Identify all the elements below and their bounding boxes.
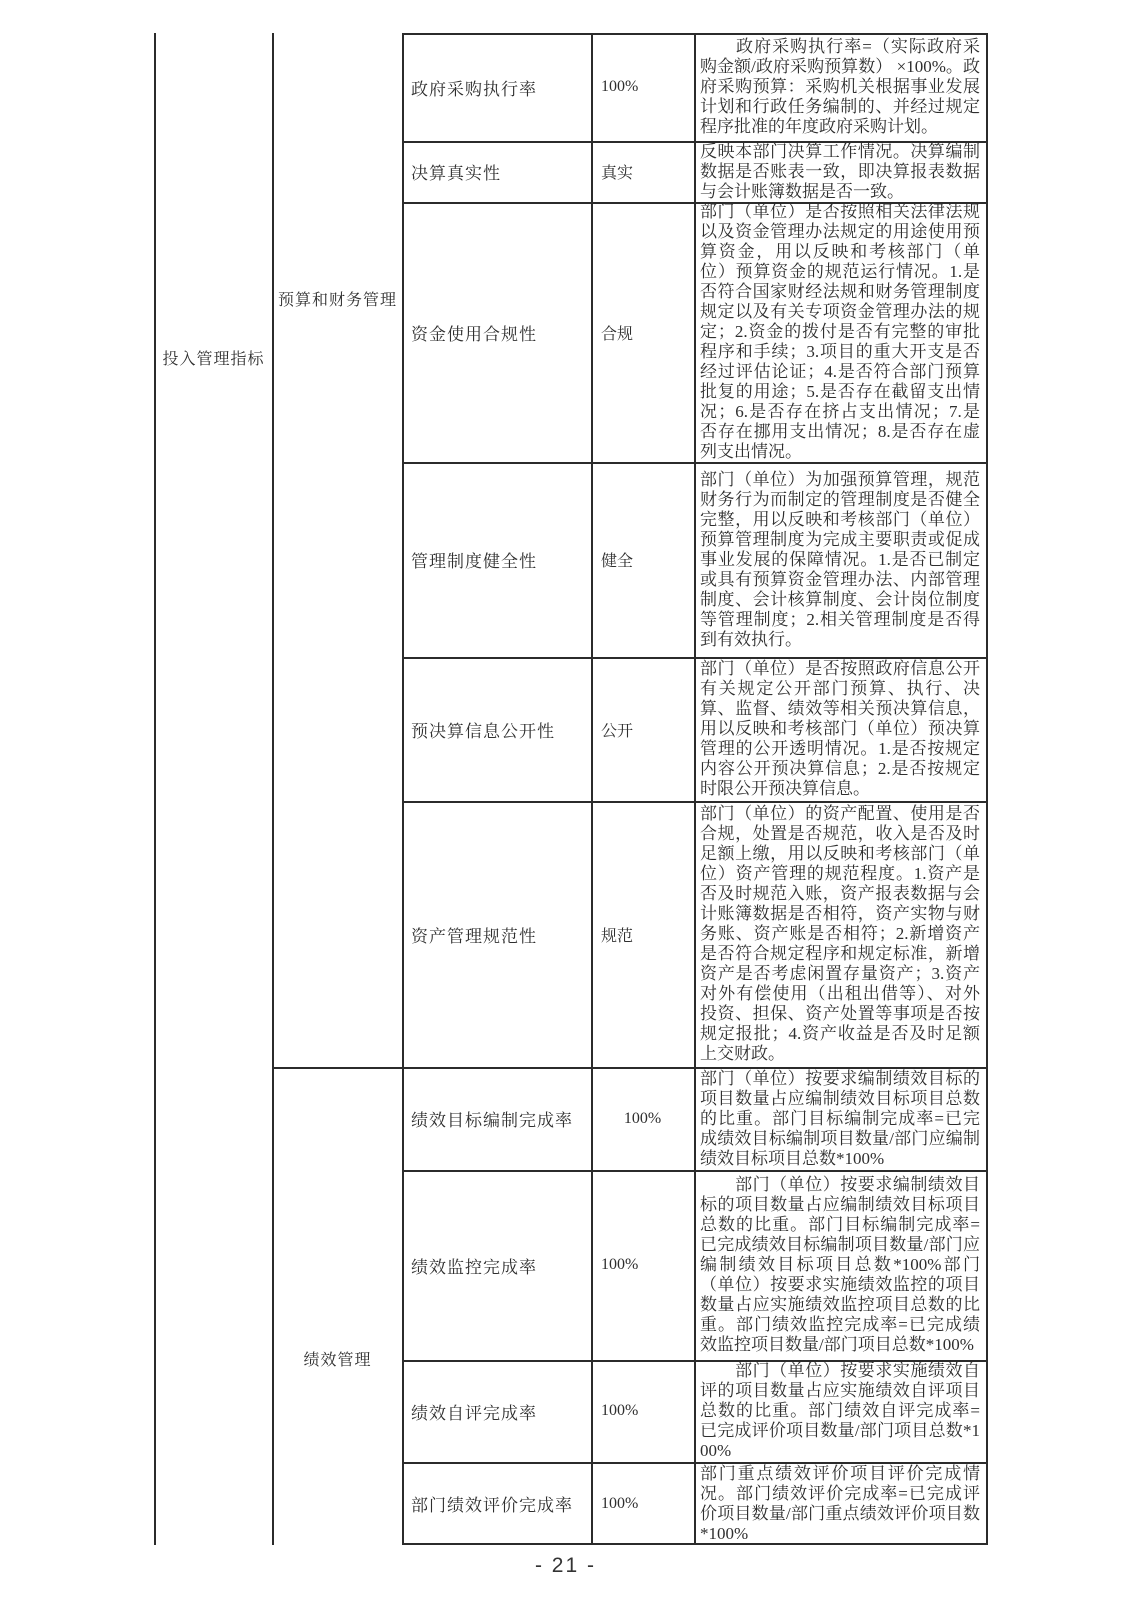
indicator-value: 100%: [591, 1360, 694, 1462]
indicator-description: 部门（单位）按要求编制绩效目标的项目数量占应编制绩效目标项目总数的比重。部门目标…: [694, 1067, 986, 1170]
table-row: 部门绩效评价完成率 100% 部门重点绩效评价项目评价完成情况。部门绩效评价完成…: [0, 1462, 1131, 1545]
table-grid-line-h: [402, 657, 988, 659]
indicator-description: 部门重点绩效评价项目评价完成情况。部门绩效评价完成率=已完成评价项目数量/部门重…: [694, 1462, 986, 1545]
indicator-description-text: 部门（单位）的资产配置、使用是否合规，处置是否规范，收入是否及时足额上缴，用以反…: [700, 804, 980, 1064]
indicator-description: 反映本部门决算工作情况。决算编制数据是否账表一致，即决算报表数据与会计账簿数据是…: [694, 141, 986, 202]
indicator-name: 绩效自评完成率: [402, 1360, 591, 1462]
table-grid-line-v: [591, 33, 593, 1545]
document-page: 投入管理指标 预算和财务管理 绩效管理 政府采购执行率 100% 政府采购执行率…: [0, 0, 1131, 1600]
indicator-name: 绩效监控完成率: [402, 1170, 591, 1360]
table-row: 绩效自评完成率 100% 部门（单位）按要求实施绩效自评的项目数量占应实施绩效自…: [0, 1360, 1131, 1462]
table-grid-line-h: [402, 1360, 988, 1362]
table-row: 绩效监控完成率 100% 部门（单位）按要求编制绩效目标的项目数量占应编制绩效目…: [0, 1170, 1131, 1360]
indicator-value: 合规: [591, 202, 694, 462]
indicator-description: 部门（单位）为加强预算管理，规范财务行为而制定的管理制度是否健全完整，用以反映和…: [694, 462, 986, 657]
table-row: 预决算信息公开性 公开 部门（单位）是否按照政府信息公开有关规定公开部门预算、执…: [0, 657, 1131, 801]
indicator-description-text: 部门（单位）是否按照相关法律法规以及资金管理办法规定的用途使用预算资金，用以反映…: [700, 202, 980, 462]
table-row: 绩效目标编制完成率 100% 部门（单位）按要求编制绩效目标的项目数量占应编制绩…: [0, 1067, 1131, 1170]
indicator-value: 真实: [591, 141, 694, 202]
table-grid-line-h: [402, 462, 988, 464]
indicator-value: 100%: [591, 1170, 694, 1360]
table-grid-line-h: [402, 1170, 988, 1172]
indicator-description-text: 部门（单位）是否按照政府信息公开有关规定公开部门预算、执行、决算、监督、绩效等相…: [700, 659, 980, 799]
indicator-description-text: 反映本部门决算工作情况。决算编制数据是否账表一致，即决算报表数据与会计账簿数据是…: [700, 142, 980, 202]
table-grid-line-h: [402, 1543, 988, 1545]
indicator-name: 部门绩效评价完成率: [402, 1462, 591, 1545]
indicator-name: 政府采购执行率: [402, 33, 591, 141]
indicator-name: 管理制度健全性: [402, 462, 591, 657]
table-grid-line-v: [402, 33, 404, 1545]
table-grid-line-h: [402, 801, 988, 803]
table-row: 政府采购执行率 100% 政府采购执行率=（实际政府采购金额/政府采购预算数） …: [0, 33, 1131, 141]
indicator-value: 健全: [591, 462, 694, 657]
table-grid-line-h: [402, 33, 988, 35]
table-row: 资产管理规范性 规范 部门（单位）的资产配置、使用是否合规，处置是否规范，收入是…: [0, 801, 1131, 1067]
table-grid-line-h: [272, 1067, 988, 1069]
indicator-value: 100%: [591, 33, 694, 141]
indicator-description-text: 部门重点绩效评价项目评价完成情况。部门绩效评价完成率=已完成评价项目数量/部门重…: [700, 1464, 980, 1544]
indicator-name: 资金使用合规性: [402, 202, 591, 462]
table-grid-line-v: [986, 33, 988, 1545]
indicator-description: 部门（单位）是否按照政府信息公开有关规定公开部门预算、执行、决算、监督、绩效等相…: [694, 657, 986, 801]
indicator-name: 资产管理规范性: [402, 801, 591, 1067]
indicator-description: 政府采购执行率=（实际政府采购金额/政府采购预算数） ×100%。政府采购预算：…: [694, 33, 986, 141]
table-grid-line-v: [694, 33, 696, 1545]
indicator-name: 预决算信息公开性: [402, 657, 591, 801]
table-row: 决算真实性 真实 反映本部门决算工作情况。决算编制数据是否账表一致，即决算报表数…: [0, 141, 1131, 202]
table-grid-line-v: [272, 33, 274, 1545]
table-row: 管理制度健全性 健全 部门（单位）为加强预算管理，规范财务行为而制定的管理制度是…: [0, 462, 1131, 657]
table-row: 资金使用合规性 合规 部门（单位）是否按照相关法律法规以及资金管理办法规定的用途…: [0, 202, 1131, 462]
indicator-description: 部门（单位）按要求实施绩效自评的项目数量占应实施绩效自评项目总数的比重。部门绩效…: [694, 1360, 986, 1462]
indicator-description-text: 政府采购执行率=（实际政府采购金额/政府采购预算数） ×100%。政府采购预算：…: [700, 37, 980, 137]
indicator-description: 部门（单位）的资产配置、使用是否合规，处置是否规范，收入是否及时足额上缴，用以反…: [694, 801, 986, 1067]
indicator-description: 部门（单位）是否按照相关法律法规以及资金管理办法规定的用途使用预算资金，用以反映…: [694, 202, 986, 462]
indicator-name: 决算真实性: [402, 141, 591, 202]
indicator-value: 100%: [591, 1067, 694, 1170]
indicator-description-text: 部门（单位）按要求编制绩效目标的项目数量占应编制绩效目标项目总数的比重。部门目标…: [700, 1069, 980, 1169]
indicator-description-text: 部门（单位）按要求编制绩效目标的项目数量占应编制绩效目标项目总数的比重。部门目标…: [700, 1175, 980, 1355]
indicator-value: 100%: [591, 1462, 694, 1545]
table-grid-line-h: [402, 202, 988, 204]
page-number: - 21 -: [0, 1554, 1131, 1578]
table-grid-line-h: [402, 1462, 988, 1464]
table-grid-line-h: [402, 141, 988, 143]
indicator-description-text: 部门（单位）为加强预算管理，规范财务行为而制定的管理制度是否健全完整，用以反映和…: [700, 470, 980, 650]
indicator-value: 公开: [591, 657, 694, 801]
indicator-description-text: 部门（单位）按要求实施绩效自评的项目数量占应实施绩效自评项目总数的比重。部门绩效…: [700, 1361, 980, 1461]
table-grid-line-v: [154, 33, 156, 1545]
indicator-description: 部门（单位）按要求编制绩效目标的项目数量占应编制绩效目标项目总数的比重。部门目标…: [694, 1170, 986, 1360]
indicator-value: 规范: [591, 801, 694, 1067]
indicator-name: 绩效目标编制完成率: [402, 1067, 591, 1170]
